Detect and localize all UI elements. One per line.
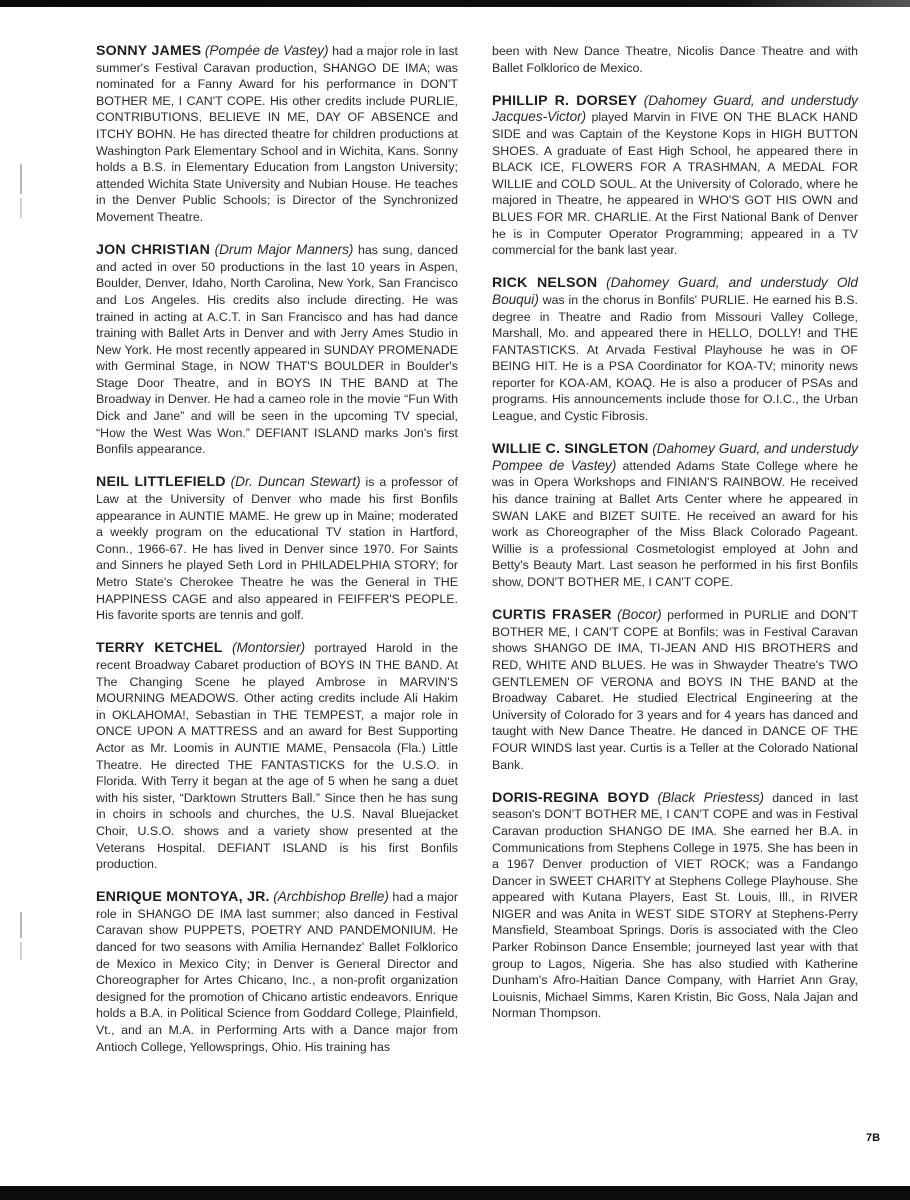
bio-text: was in the chorus in Bonfils' PURLIE. He…	[492, 293, 858, 423]
performer-name: DORIS-REGINA BOYD	[492, 790, 649, 806]
performer-name: TERRY KETCHEL	[96, 640, 223, 656]
role-name: (Drum Major Manners)	[215, 242, 354, 257]
performer-name: WILLIE C. SINGLETON	[492, 441, 649, 457]
bio-text: performed in PURLIE and DON'T BOTHER ME,…	[492, 608, 858, 771]
role-name: (Archbishop Brelle)	[273, 889, 389, 904]
role-name: (Pompée de Vastey)	[205, 43, 329, 58]
bio-text: played Marvin in FIVE ON THE BLACK HAND …	[492, 110, 858, 257]
performer-name: RICK NELSON	[492, 275, 597, 291]
margin-binding-mark	[20, 912, 22, 938]
performer-name: PHILLIP R. DORSEY	[492, 93, 637, 109]
role-name: (Black Priestess)	[657, 790, 764, 805]
role-name: (Montorsier)	[232, 640, 305, 655]
bottom-border-bar	[0, 1186, 910, 1200]
bio-text: attended Adams State College where he wa…	[492, 459, 858, 589]
left-column: SONNY JAMES (Pompée de Vastey) had a maj…	[96, 43, 458, 1072]
performer-name: JON CHRISTIAN	[96, 242, 210, 258]
performer-name: ENRIQUE MONTOYA, JR.	[96, 889, 270, 905]
performer-name: SONNY JAMES	[96, 43, 201, 59]
bio-phillip-dorsey: PHILLIP R. DORSEY (Dahomey Guard, and un…	[492, 93, 858, 259]
bio-enrique-montoya-continued: been with New Dance Theatre, Nicolis Dan…	[492, 43, 858, 76]
bio-curtis-fraser: CURTIS FRASER (Bocor) performed in PURLI…	[492, 607, 858, 773]
bio-sonny-james: SONNY JAMES (Pompée de Vastey) had a maj…	[96, 43, 458, 226]
bio-rick-nelson: RICK NELSON (Dahomey Guard, and understu…	[492, 275, 858, 424]
bio-willie-singleton: WILLIE C. SINGLETON (Dahomey Guard, and …	[492, 441, 858, 590]
bio-text: portrayed Harold in the recent Broadway …	[96, 641, 458, 871]
bio-text: been with New Dance Theatre, Nicolis Dan…	[492, 44, 858, 75]
bio-enrique-montoya: ENRIQUE MONTOYA, JR. (Archbishop Brelle)…	[96, 889, 458, 1055]
bio-terry-ketchel: TERRY KETCHEL (Montorsier) portrayed Har…	[96, 640, 458, 872]
page-number: 7B	[866, 1132, 880, 1144]
bio-neil-littlefield: NEIL LITTLEFIELD (Dr. Duncan Stewart) is…	[96, 474, 458, 623]
bio-doris-regina-boyd: DORIS-REGINA BOYD (Black Priestess) danc…	[492, 790, 858, 1022]
bio-text: had a major role in last summer's Festiv…	[96, 44, 458, 224]
margin-binding-mark	[20, 942, 22, 960]
bio-text: has sung, danced and acted in over 50 pr…	[96, 243, 458, 456]
bio-text: danced in last season's DON'T BOTHER ME,…	[492, 791, 858, 1021]
bio-text: had a major role in SHANGO DE IMA last s…	[96, 890, 458, 1053]
role-name: (Dr. Duncan Stewart)	[231, 474, 361, 489]
margin-binding-mark	[20, 198, 22, 218]
margin-binding-mark	[20, 164, 22, 194]
performer-name: NEIL LITTLEFIELD	[96, 474, 226, 490]
role-name: (Bocor)	[617, 607, 662, 622]
bio-text: is a professor of Law at the University …	[96, 475, 458, 622]
top-border-bar	[0, 0, 910, 7]
bio-jon-christian: JON CHRISTIAN (Drum Major Manners) has s…	[96, 242, 458, 458]
performer-name: CURTIS FRASER	[492, 607, 612, 623]
right-column: been with New Dance Theatre, Nicolis Dan…	[492, 43, 858, 1039]
